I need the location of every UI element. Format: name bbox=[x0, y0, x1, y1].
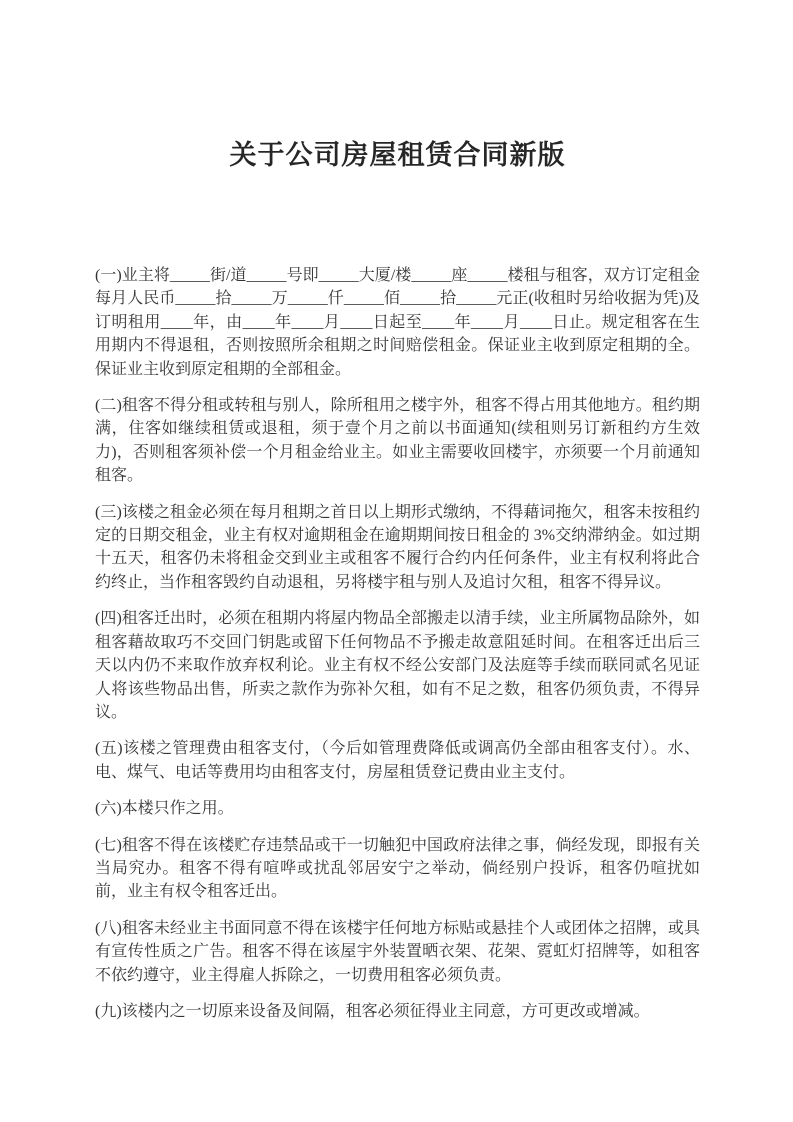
contract-clause-6: (六)本楼只作之用。 bbox=[95, 797, 700, 820]
contract-clause-2: (二)租客不得分租或转租与别人，除所租用之楼宇外，租客不得占用其他地方。租约期满… bbox=[95, 394, 700, 488]
contract-clause-9: (九)该楼内之一切原来设备及间隔，租客必须征得业主同意，方可更改或增减。 bbox=[95, 1000, 700, 1023]
contract-clause-5: (五)该楼之管理费由租客支付，（今后如管理费降低或调高仍全部由租客支付）。水、电… bbox=[95, 737, 700, 784]
page-title: 关于公司房屋租赁合同新版 bbox=[95, 138, 700, 172]
document-page: 关于公司房屋租赁合同新版 (一)业主将_____街/道_____号即_____大… bbox=[0, 0, 793, 1122]
contract-clause-7: (七)租客不得在该楼贮存违禁品或干一切触犯中国政府法律之事，倘经发现，即报有关当… bbox=[95, 834, 700, 904]
contract-clause-3: (三)该楼之租金必须在每月租期之首日以上期形式缴纳，不得藉词拖欠，租客未按租约定… bbox=[95, 501, 700, 595]
contract-clause-1: (一)业主将_____街/道_____号即_____大厦/楼_____座____… bbox=[95, 264, 700, 381]
contract-body: (一)业主将_____街/道_____号即_____大厦/楼_____座____… bbox=[95, 264, 700, 1023]
contract-clause-8: (八)租客未经业主书面同意不得在该楼宇任何地方标贴或悬挂个人或团体之招牌，或具有… bbox=[95, 917, 700, 987]
contract-clause-4: (四)租客迁出时，必须在租期内将屋内物品全部搬走以清手续，业主所属物品除外，如租… bbox=[95, 607, 700, 724]
